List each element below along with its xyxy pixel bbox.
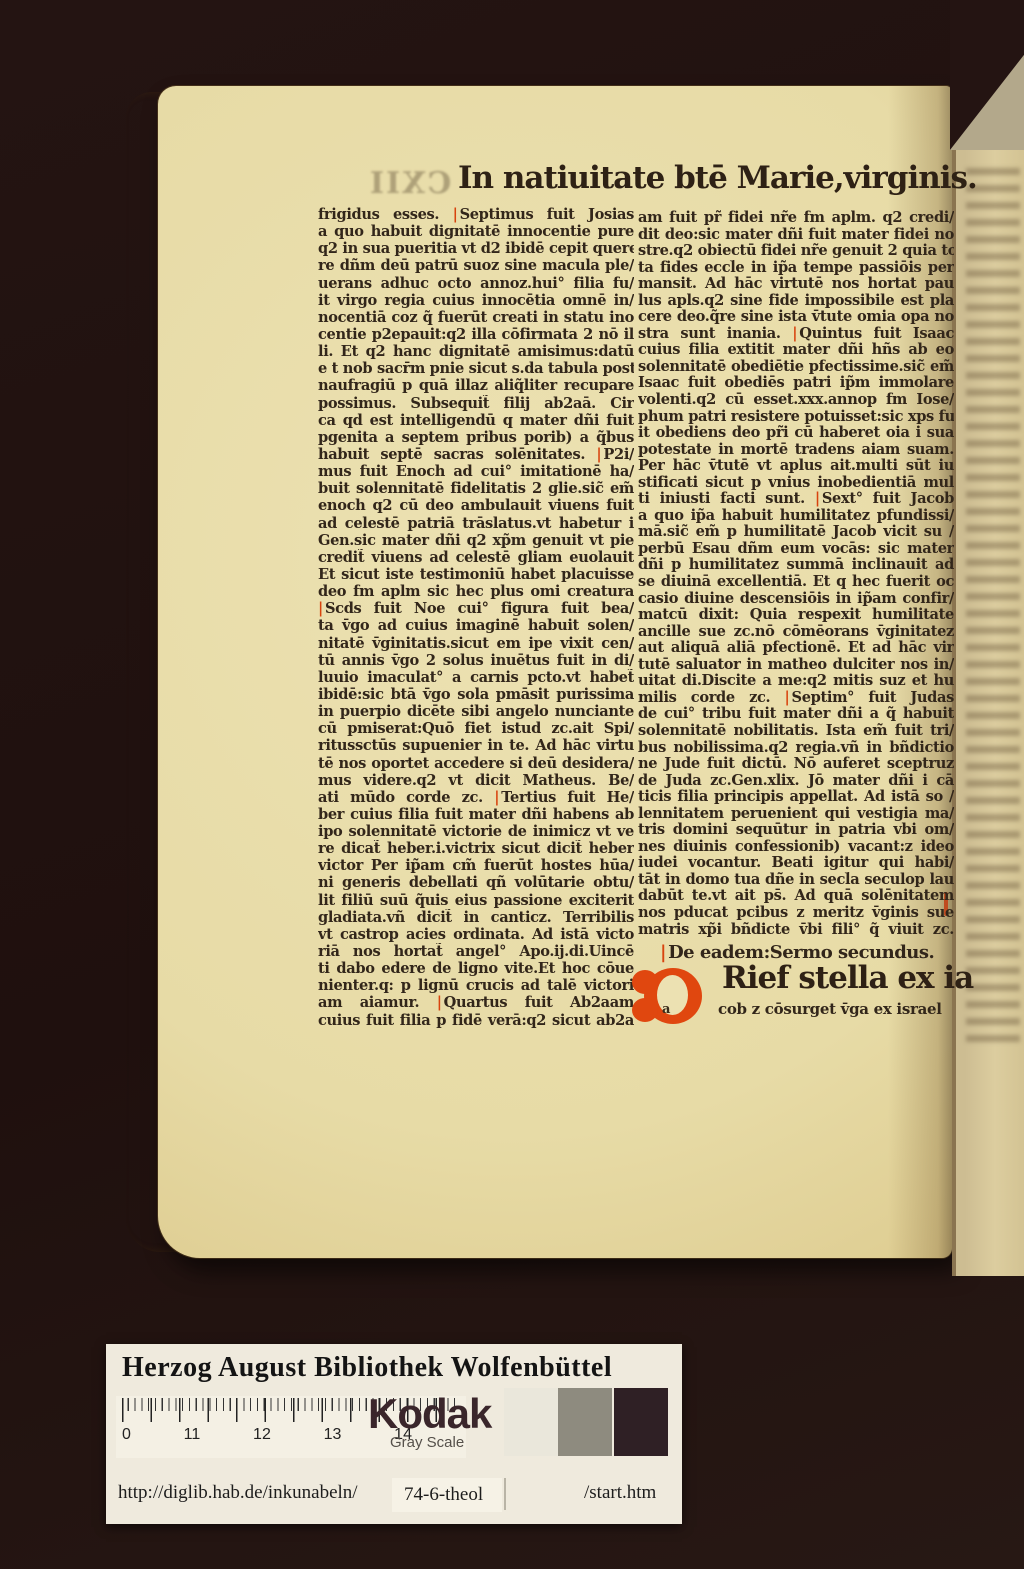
- text-line: in puerpio dicēte sibi angelo nunciante: [318, 703, 634, 720]
- text-line: uitat di.Discite a me:q2 mitis suz et hu: [638, 673, 954, 690]
- text-line: aut aliquā aliā pfectionē. Et ad hāc vir: [638, 640, 954, 657]
- text-line: ne Jude fuit dictū. Nō auferet̃ sceptruz: [638, 756, 954, 773]
- text-line: casio diuine descensiōis in ip̃am confir…: [638, 591, 954, 608]
- kodak-wordmark: Kodak: [368, 1390, 518, 1438]
- facing-page-blurred-text: [966, 168, 1020, 1048]
- text-line: solennitatē nobilitatis. Ista em̃ fuit t…: [638, 723, 954, 740]
- text-line: mat̃cū dixit: Quia respexit humilitate: [638, 607, 954, 624]
- text-line: naufragiū p quā illaz aliq̃liter recupar…: [318, 377, 634, 394]
- text-line: credit̃ viuens ad celestē gliam euolauit: [318, 549, 634, 566]
- text-line: ancille sue zc.nō cōmēorans v̄ginitatez: [638, 624, 954, 641]
- text-line: centie p2epauit:q2 illa cōfirmata 2 nō i…: [318, 326, 634, 343]
- gray-scale-label: Gray Scale: [390, 1434, 518, 1451]
- text-line: tū annis v̄go 2 solus inuētus fuit in di…: [318, 652, 634, 669]
- text-line: dit deo:sic mater dñi fuit mater fidei n…: [638, 227, 954, 244]
- pilcrow-mark: |: [318, 600, 325, 617]
- right-text-column: am fuit pr̃ fidei nr̃e fm aplm. q2 credi…: [638, 210, 954, 938]
- text-line: ti dabo edere de ligno vite.Et hoc cōue: [318, 960, 634, 977]
- text-line: tē nos oportet accedere si deū desidera/: [318, 755, 634, 772]
- text-line: cuius filia extitit mater dñi hñs ab eo: [638, 342, 954, 359]
- text-line: re dicat̃ heber.i.victrix sicut dicit̃ h…: [318, 840, 634, 857]
- text-line: tāt in domo tua dñe in secl̃a seculop la…: [638, 872, 954, 889]
- text-line: vt castrop acies ordinata. Ad istā victo: [318, 926, 634, 943]
- pilcrow-mark: |: [792, 326, 799, 342]
- text-line: gladiata.vñ dicit̃ in canticz. Terribili…: [318, 909, 634, 926]
- start-page-url: /start.htm: [584, 1482, 656, 1504]
- lombard-initial-O: a: [644, 968, 702, 1024]
- text-line: it obediens deo pr̃i cū haberet oia i su…: [638, 425, 954, 442]
- pilcrow-mark: |: [453, 206, 460, 223]
- text-line: ber cuius filia fuit mater dñi habens ab: [318, 806, 634, 823]
- text-line: nienter.q: p lignū crucis ad talē victor…: [318, 977, 634, 994]
- text-line: se diuinā excellentiā. Et q hec fuerit o…: [638, 574, 954, 591]
- text-line: ad celestē patriā trāslatus.vt habetur i: [318, 515, 634, 532]
- text-line: habuit septē sacras solēnitates. |P2i/: [318, 446, 634, 463]
- text-line: e t nob sacr̄m pnie sicut s.da tabula po…: [318, 360, 634, 377]
- ruler-number: 13: [324, 1426, 342, 1444]
- text-line: stra sunt inania. |Quintus fuit Isaac: [638, 326, 954, 343]
- text-line: a quo habuit dignitatē innocentie pure: [318, 223, 634, 240]
- text-line: possimus. Subsequit̃ filij ab2aā. Cir: [318, 395, 634, 412]
- shelfmark: 74-6-theol: [404, 1484, 483, 1506]
- ruler-number: 11: [184, 1426, 201, 1444]
- text-line: tutē saluator in matheo dulciter nos in/: [638, 657, 954, 674]
- text-line: enoch q2 cū deo ambulauit viuens fuit: [318, 497, 634, 514]
- folio-showthrough: CXII: [368, 166, 451, 201]
- top-right-page-corner: [950, 0, 1024, 150]
- ruler-number: 0: [122, 1426, 131, 1444]
- text-line: am fuit pr̃ fidei nr̃e fm aplm. q2 credi…: [638, 210, 954, 227]
- guide-letter: a: [662, 1002, 670, 1017]
- library-name: Herzog August Bibliothek Wolfenbüttel: [122, 1352, 612, 1384]
- text-line: nitatē v̄ginitatis.sicut em ipe vixit ce…: [318, 635, 634, 652]
- text-line: Isaac fuit obediēs patri ip̃m immolare: [638, 375, 954, 392]
- text-line: victor Per ip̃am cm̃ fuerūt hostes hūa/: [318, 857, 634, 874]
- text-line: stre.q2 obiectū fidei nr̃e genuit 2 quia…: [638, 243, 954, 260]
- text-line: de Juda zc.Gen.xlix. Jō mater dñi i cā: [638, 773, 954, 790]
- text-line: riā nos hortat̃ angel° Apo.ij.di.Uincē: [318, 943, 634, 960]
- text-line: solennitatē obediētie pfectissime.sic̃ e…: [638, 359, 954, 376]
- text-line: mā.sic̃ em̃ p humilitatē Jacob vicit su …: [638, 524, 954, 541]
- text-line: pgenita a septem pribus porib) a q̃bus: [318, 429, 634, 446]
- text-line: nes diuinis confessionib) vacant:z ideo: [638, 839, 954, 856]
- library-label: Herzog August Bibliothek Wolfenbüttel 0 …: [106, 1344, 682, 1524]
- text-line: stificati sicut p vnius inobedientiā mul: [638, 475, 954, 492]
- text-line: cū pmiserat:Quō fiet istud zc.ait Spi/: [318, 720, 634, 737]
- text-line: am aiamur. |Quartus fuit Ab2aam: [318, 994, 634, 1011]
- sermon-incipit: |De eadem:Sermo secundus. a Rief stella …: [638, 942, 944, 1052]
- incipit-large-text: Rief stella ex ia: [722, 960, 973, 996]
- text-line: lennitatem peruenient qui vestigia ma/: [638, 806, 954, 823]
- text-line: Gen.sic mater dñi q2 xp̃m genuit vt pie: [318, 532, 634, 549]
- text-line: mus videre.q2 vt dicit Matheus. Be/: [318, 772, 634, 789]
- text-line: nos pducat pcibus z meritz v̄ginis sue: [638, 905, 954, 922]
- text-line: ta fides eccl̃e in ip̃a tempe passiōis p…: [638, 260, 954, 277]
- text-line: deo fm aplm sic hec plus omi creatura: [318, 583, 634, 600]
- pilcrow-mark: |: [815, 491, 822, 507]
- text-line: cere deo.q̃re sine ista v̄tute omia opa …: [638, 309, 954, 326]
- gray-scale-patch-white: [504, 1388, 558, 1456]
- text-line: luuio imaculat° a carnis pcto.vt habet̃: [318, 669, 634, 686]
- label-bottom-row: http://diglib.hab.de/inkunabeln/ 74-6-th…: [106, 1476, 682, 1516]
- text-line: ticis filia principis appellat̃. Ad istā…: [638, 789, 954, 806]
- text-line: ati mūdo corde zc. |Tertius fuit He/: [318, 789, 634, 806]
- text-line: Et sicut iste testimoniū habet placuisse: [318, 566, 634, 583]
- text-line: q2 in sua pueritia vt d2 ibidē cepit que…: [318, 240, 634, 257]
- text-line: bus nobilissima.q2 regia.vñ in bñdictio: [638, 740, 954, 757]
- text-line: ti iniusti facti sunt. |Sext° fuit Jacob: [638, 491, 954, 508]
- text-line: nocentiā coz q̃ fuerūt creati in statu i…: [318, 309, 634, 326]
- pilcrow-mark: |: [596, 446, 603, 463]
- text-line: ritussctūs supuenier in te. Ad hāc virtu: [318, 737, 634, 754]
- ruler-number: 12: [253, 1426, 271, 1444]
- text-line: ni generis debellati qñ volūtarie obtu/: [318, 874, 634, 891]
- gray-scale-patch-mid: [558, 1388, 612, 1456]
- pilcrow-mark: |: [437, 994, 444, 1011]
- text-line: Per hāc v̄tutē vt aplus ait.multi sūt iu: [638, 458, 954, 475]
- text-line: re dñm deū patrū suoz sine macula ple/: [318, 257, 634, 274]
- incipit-small-text: cob z cōsurget v̄ga ex israel: [718, 1000, 942, 1018]
- text-line: ta v̄go ad cuius imaginē habuit solen/: [318, 617, 634, 634]
- gray-scale-patch-dark: [614, 1388, 668, 1456]
- page-title: In natiuitate btē Marie,virginis.: [458, 160, 977, 196]
- text-line: a quo ip̃a habuit humilitatez pfundissi/: [638, 508, 954, 525]
- text-line: mansit. Ad hāc virtutē nos hortat̃ pau: [638, 276, 954, 293]
- text-line: matris xp̃i bñdicte v̄bi fili° q̃ viuit …: [638, 922, 954, 939]
- text-line: ca qd est intelligendū q mater dñi fuit: [318, 412, 634, 429]
- text-line: uerans adhuc octo annoz.hui° filia fu/: [318, 275, 634, 292]
- text-line: it virgo regia cuius innocētia omnē in/: [318, 292, 634, 309]
- text-line: frigidus esses. |Septimus fuit Josias: [318, 206, 634, 223]
- text-line: cuius fuit filia p fidē verā:q2 sicut ab…: [318, 1012, 634, 1029]
- left-text-column: frigidus esses. |Septimus fuit Josiasa q…: [318, 206, 634, 1029]
- text-line: volenti.q2 cū esset.xxx.annop fm Iose/: [638, 392, 954, 409]
- text-line: tris domini sequūtur in patria vbi om/: [638, 822, 954, 839]
- pilcrow-mark: |: [785, 690, 792, 706]
- text-line: ipo solennitatē victorie de inimicz vt v…: [318, 823, 634, 840]
- text-line: dabūt te.vt ait ps̄. Ad quā solēnitatem: [638, 888, 954, 905]
- text-line: li. Et q2 hanc dignitatē amisimus:datū: [318, 343, 634, 360]
- digitization-url: http://diglib.hab.de/inkunabeln/: [118, 1482, 358, 1504]
- text-line: potestate in mortē tradens aiam suam.: [638, 442, 954, 459]
- text-line: dñi p humilitatez summā inclinauit ad: [638, 557, 954, 574]
- text-line: iudei vocantur. Beati igitur qui habi/: [638, 855, 954, 872]
- text-line: mus fuit Enoch ad cui° imitationē ha/: [318, 463, 634, 480]
- text-line: buit solennitatē fidelitatis 2 glie.sic̃…: [318, 480, 634, 497]
- text-line: de cui° tribu fuit mater dñi a q̃ habuit: [638, 706, 954, 723]
- text-line: |Scds fuit Noe cui° figura fuit bea/: [318, 600, 634, 617]
- kodak-block: Kodak Gray Scale: [368, 1390, 518, 1451]
- text-line: perbū Esau dñm eum vocās: sic mater: [638, 541, 954, 558]
- text-line: phum patri resistere potuisset:sic xps f…: [638, 409, 954, 426]
- digitized-book-photo: CXII In natiuitate btē Marie,virginis. f…: [0, 0, 1024, 1569]
- text-line: milis corde zc. |Septim° fuit Judas: [638, 690, 954, 707]
- text-line: lus apls.q2 sine fide impossibile est pl…: [638, 293, 954, 310]
- divider-line: [504, 1478, 506, 1510]
- text-line: lit filiū suū q̃uis eius passione excite…: [318, 892, 634, 909]
- text-line: ibidē:sic btā v̄go sola pmāsit purissima: [318, 686, 634, 703]
- pilcrow-mark: |: [494, 789, 501, 806]
- pilcrow-mark: |: [660, 942, 668, 963]
